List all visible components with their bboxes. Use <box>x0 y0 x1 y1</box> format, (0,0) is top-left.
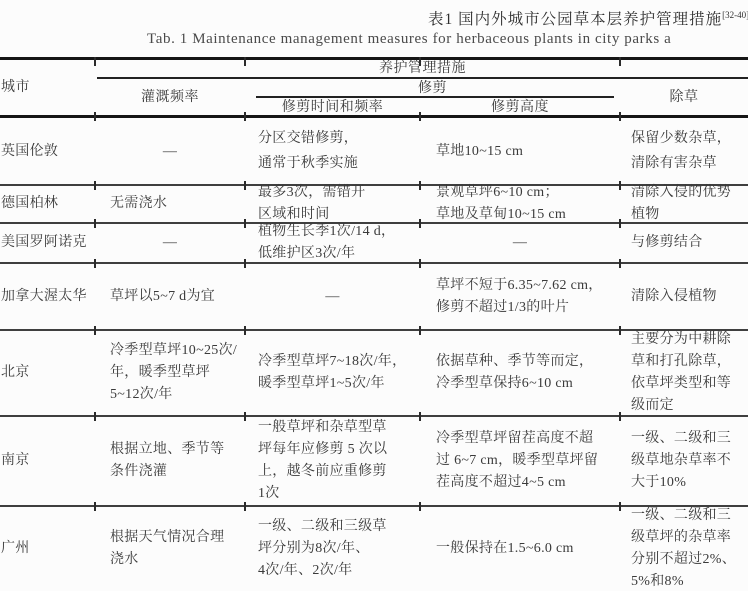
column-divider-tick <box>94 326 96 335</box>
column-divider-tick <box>619 57 621 66</box>
cell-pruning-time: — <box>245 264 420 329</box>
column-divider-tick <box>619 259 621 268</box>
cell-pruning-time: 分区交错修剪， 通常于秋季实施 <box>245 118 420 184</box>
cell-city: 英国伦敦 <box>0 118 95 184</box>
column-divider-tick <box>94 502 96 511</box>
column-divider-tick <box>419 57 421 66</box>
cell-weeding: 保留少数杂草， 清除有害杂草 <box>620 118 748 184</box>
cell-city: 德国柏林 <box>0 186 95 222</box>
table-row: 美国罗阿诺克 — 植物生长季1次/14 d， 低维护区3次/年 — 与修剪结合 <box>0 224 748 262</box>
cell-pruning-height: 依据草种、季节等而定， 冷季型草保持6~10 cm <box>420 331 620 415</box>
cell-irrigation: 冷季型草坪10~25次/ 年，暖季型草坪 5~12次/年 <box>95 331 245 415</box>
cell-pruning-height: 冷季型草坪留茬高度不超 过 6~7 cm，暖季型草坪留 茬高度不超过4~5 cm <box>420 417 620 505</box>
column-divider-tick <box>244 181 246 190</box>
cell-irrigation: 无需浇水 <box>95 186 245 222</box>
cell-pruning-height: — <box>420 224 620 262</box>
column-divider-tick <box>419 326 421 335</box>
cell-city: 加拿大渥太华 <box>0 264 95 329</box>
column-divider-tick <box>94 259 96 268</box>
cell-city: 南京 <box>0 417 95 505</box>
column-divider-tick <box>244 112 246 121</box>
cell-city: 北京 <box>0 331 95 415</box>
header-city: 城市 <box>0 57 96 115</box>
cell-irrigation: — <box>95 224 245 262</box>
column-divider-tick <box>619 502 621 511</box>
column-divider-tick <box>244 412 246 421</box>
table-row: 北京 冷季型草坪10~25次/ 年，暖季型草坪 5~12次/年 冷季型草坪7~1… <box>0 331 748 415</box>
column-divider-tick <box>619 181 621 190</box>
table-title-zh: 表1 国内外城市公园草本层养护管理措施[32-40] <box>428 7 748 29</box>
cell-city: 美国罗阿诺克 <box>0 224 95 262</box>
cell-pruning-height: 草坪不短于6.35~7.62 cm， 修剪不超过1/3的叶片 <box>420 264 620 329</box>
column-divider-tick <box>94 181 96 190</box>
header-pruning-group: 修剪 <box>245 77 620 97</box>
column-divider-tick <box>244 57 246 66</box>
table-title-zh-text: 表1 国内外城市公园草本层养护管理措施 <box>428 11 722 28</box>
column-divider-tick <box>94 112 96 121</box>
header-pruning-time-frequency: 修剪时间和频率 <box>245 97 420 115</box>
cell-weeding: 清除入侵植物 <box>620 264 748 329</box>
column-divider-tick <box>619 219 621 228</box>
column-divider-tick <box>619 326 621 335</box>
citation-superscript: [32-40] <box>722 10 748 20</box>
cell-pruning-time: 一般草坪和杂草型草 坪每年应修剪 5 次以 上，越冬前应重修剪 1次 <box>245 417 420 505</box>
cell-weeding: 一级、二级和三 级草坪的杂草率 分别不超过2%、 5%和8% <box>620 507 748 591</box>
cell-weeding: 主要分为中耕除 草和打孔除草， 依草坪类型和等 级而定 <box>620 331 748 415</box>
header-weeding: 除草 <box>620 77 748 115</box>
cell-city: 广州 <box>0 507 95 591</box>
table-row: 广州 根据天气情况合理 浇水 一级、二级和三级草 坪分别为8次/年、 4次/年、… <box>0 507 748 591</box>
cell-irrigation: — <box>95 118 245 184</box>
column-divider-tick <box>419 259 421 268</box>
header-maintenance-group: 养护管理措施 <box>97 57 748 77</box>
column-divider-tick <box>419 181 421 190</box>
column-divider-tick <box>244 259 246 268</box>
column-divider-tick <box>419 112 421 121</box>
column-divider-tick <box>419 412 421 421</box>
table-title-en: Tab. 1 Maintenance management measures f… <box>147 31 748 48</box>
column-divider-tick <box>94 219 96 228</box>
cell-pruning-time: 最多3次，需错开 区域和时间 <box>245 186 420 222</box>
header-pruning-height: 修剪高度 <box>420 97 620 115</box>
column-divider-tick <box>94 57 96 66</box>
column-divider-tick <box>419 219 421 228</box>
cell-irrigation: 草坪以5~7 d为宜 <box>95 264 245 329</box>
column-divider-tick <box>244 502 246 511</box>
table-row: 英国伦敦 — 分区交错修剪， 通常于秋季实施 草地10~15 cm 保留少数杂草… <box>0 118 748 184</box>
cell-weeding: 一级、二级和三 级草地杂草率不 大于10% <box>620 417 748 505</box>
table-row: 南京 根据立地、季节等 条件浇灌 一般草坪和杂草型草 坪每年应修剪 5 次以 上… <box>0 417 748 505</box>
cell-pruning-height: 景观草坪6~10 cm； 草地及草甸10~15 cm <box>420 186 620 222</box>
cell-pruning-time: 植物生长季1次/14 d， 低维护区3次/年 <box>245 224 420 262</box>
column-divider-tick <box>419 502 421 511</box>
table-row: 德国柏林 无需浇水 最多3次，需错开 区域和时间 景观草坪6~10 cm； 草地… <box>0 186 748 222</box>
column-divider-tick <box>619 412 621 421</box>
header-irrigation-frequency: 灌溉频率 <box>95 77 245 115</box>
column-divider-tick <box>244 326 246 335</box>
cell-irrigation: 根据天气情况合理 浇水 <box>95 507 245 591</box>
cell-pruning-time: 一级、二级和三级草 坪分别为8次/年、 4次/年、2次/年 <box>245 507 420 591</box>
cell-pruning-height: 一般保持在1.5~6.0 cm <box>420 507 620 591</box>
cell-irrigation: 根据立地、季节等 条件浇灌 <box>95 417 245 505</box>
column-divider-tick <box>94 412 96 421</box>
column-divider-tick <box>619 112 621 121</box>
cell-weeding: 与修剪结合 <box>620 224 748 262</box>
column-divider-tick <box>244 219 246 228</box>
cell-weeding: 清除入侵的优势 植物 <box>620 186 748 222</box>
cell-pruning-height: 草地10~15 cm <box>420 118 620 184</box>
table-row: 加拿大渥太华 草坪以5~7 d为宜 — 草坪不短于6.35~7.62 cm， 修… <box>0 264 748 329</box>
cell-pruning-time: 冷季型草坪7~18次/年， 暖季型草坪1~5次/年 <box>245 331 420 415</box>
